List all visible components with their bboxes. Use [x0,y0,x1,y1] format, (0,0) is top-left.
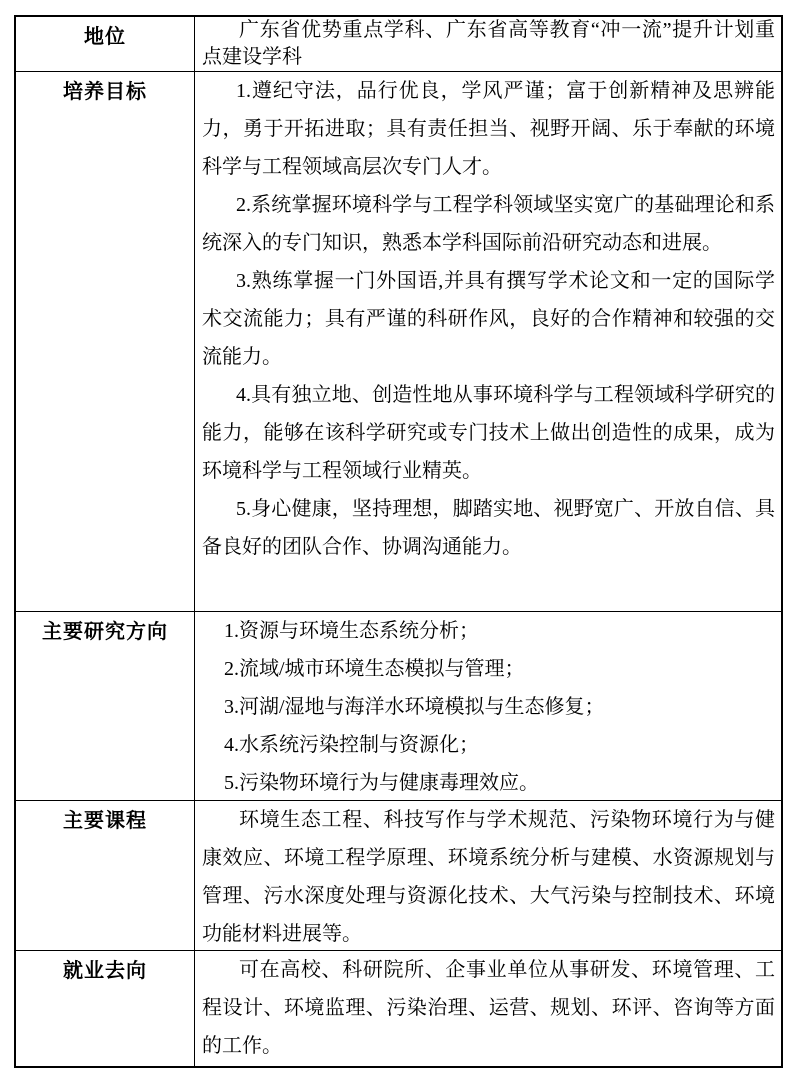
row-label-employment: 就业去向 [16,951,195,1066]
paragraph: 1.遵纪守法，品行优良，学风严谨；富于创新精神及思辨能力，勇于开拓进取；具有责任… [202,72,775,186]
paragraph: 4.具有独立地、创造性地从事环境科学与工程领域科学研究的能力，能够在该科学研究或… [202,376,775,490]
paragraph: 5.身心健康，坚持理想，脚踏实地、视野宽广、开放自信、具备良好的团队合作、协调沟… [202,490,775,566]
table-row-main-courses: 主要课程 环境生态工程、科技写作与学术规范、污染物环境行为与健康效应、环境工程学… [16,800,781,950]
row-content-employment: 可在高校、科研院所、企事业单位从事研发、环境管理、工程设计、环境监理、污染治理、… [195,951,781,1066]
row-label-objectives: 培养目标 [16,72,195,611]
row-content-objectives: 1.遵纪守法，品行优良，学风严谨；富于创新精神及思辨能力，勇于开拓进取；具有责任… [195,72,781,611]
program-info-table: 地位 广东省优势重点学科、广东省高等教育“冲一流”提升计划重点建设学科 培养目标… [14,15,783,1068]
table-row-employment: 就业去向 可在高校、科研院所、企事业单位从事研发、环境管理、工程设计、环境监理、… [16,950,781,1066]
table-row-objectives: 培养目标 1.遵纪守法，品行优良，学风严谨；富于创新精神及思辨能力，勇于开拓进取… [16,71,781,611]
row-content-main-courses: 环境生态工程、科技写作与学术规范、污染物环境行为与健康效应、环境工程学原理、环境… [195,801,781,950]
paragraph: 1.资源与环境生态系统分析； [202,612,775,650]
paragraph: 3.熟练掌握一门外国语,并具有撰写学术论文和一定的国际学术交流能力；具有严谨的科… [202,262,775,376]
paragraph: 环境生态工程、科技写作与学术规范、污染物环境行为与健康效应、环境工程学原理、环境… [202,801,775,950]
paragraph: 3.河湖/湿地与海洋水环境模拟与生态修复； [202,688,775,726]
paragraph: 广东省优势重点学科、广东省高等教育“冲一流”提升计划重点建设学科 [202,17,775,71]
table-row-research-directions: 主要研究方向 1.资源与环境生态系统分析； 2.流域/城市环境生态模拟与管理； … [16,611,781,800]
row-label-research-directions: 主要研究方向 [16,612,195,800]
document-page: 地位 广东省优势重点学科、广东省高等教育“冲一流”提升计划重点建设学科 培养目标… [0,0,800,1085]
table-row-status: 地位 广东省优势重点学科、广东省高等教育“冲一流”提升计划重点建设学科 [16,17,781,71]
paragraph: 5.污染物环境行为与健康毒理效应。 [202,764,775,800]
paragraph: 4.水系统污染控制与资源化； [202,726,775,764]
paragraph: 2.系统掌握环境科学与工程学科领域坚实宽广的基础理论和系统深入的专门知识，熟悉本… [202,186,775,262]
row-label-status: 地位 [16,17,195,71]
paragraph: 2.流域/城市环境生态模拟与管理； [202,650,775,688]
row-content-research-directions: 1.资源与环境生态系统分析； 2.流域/城市环境生态模拟与管理； 3.河湖/湿地… [195,612,781,800]
row-content-status: 广东省优势重点学科、广东省高等教育“冲一流”提升计划重点建设学科 [195,17,781,71]
row-label-main-courses: 主要课程 [16,801,195,950]
paragraph: 可在高校、科研院所、企事业单位从事研发、环境管理、工程设计、环境监理、污染治理、… [202,951,775,1065]
